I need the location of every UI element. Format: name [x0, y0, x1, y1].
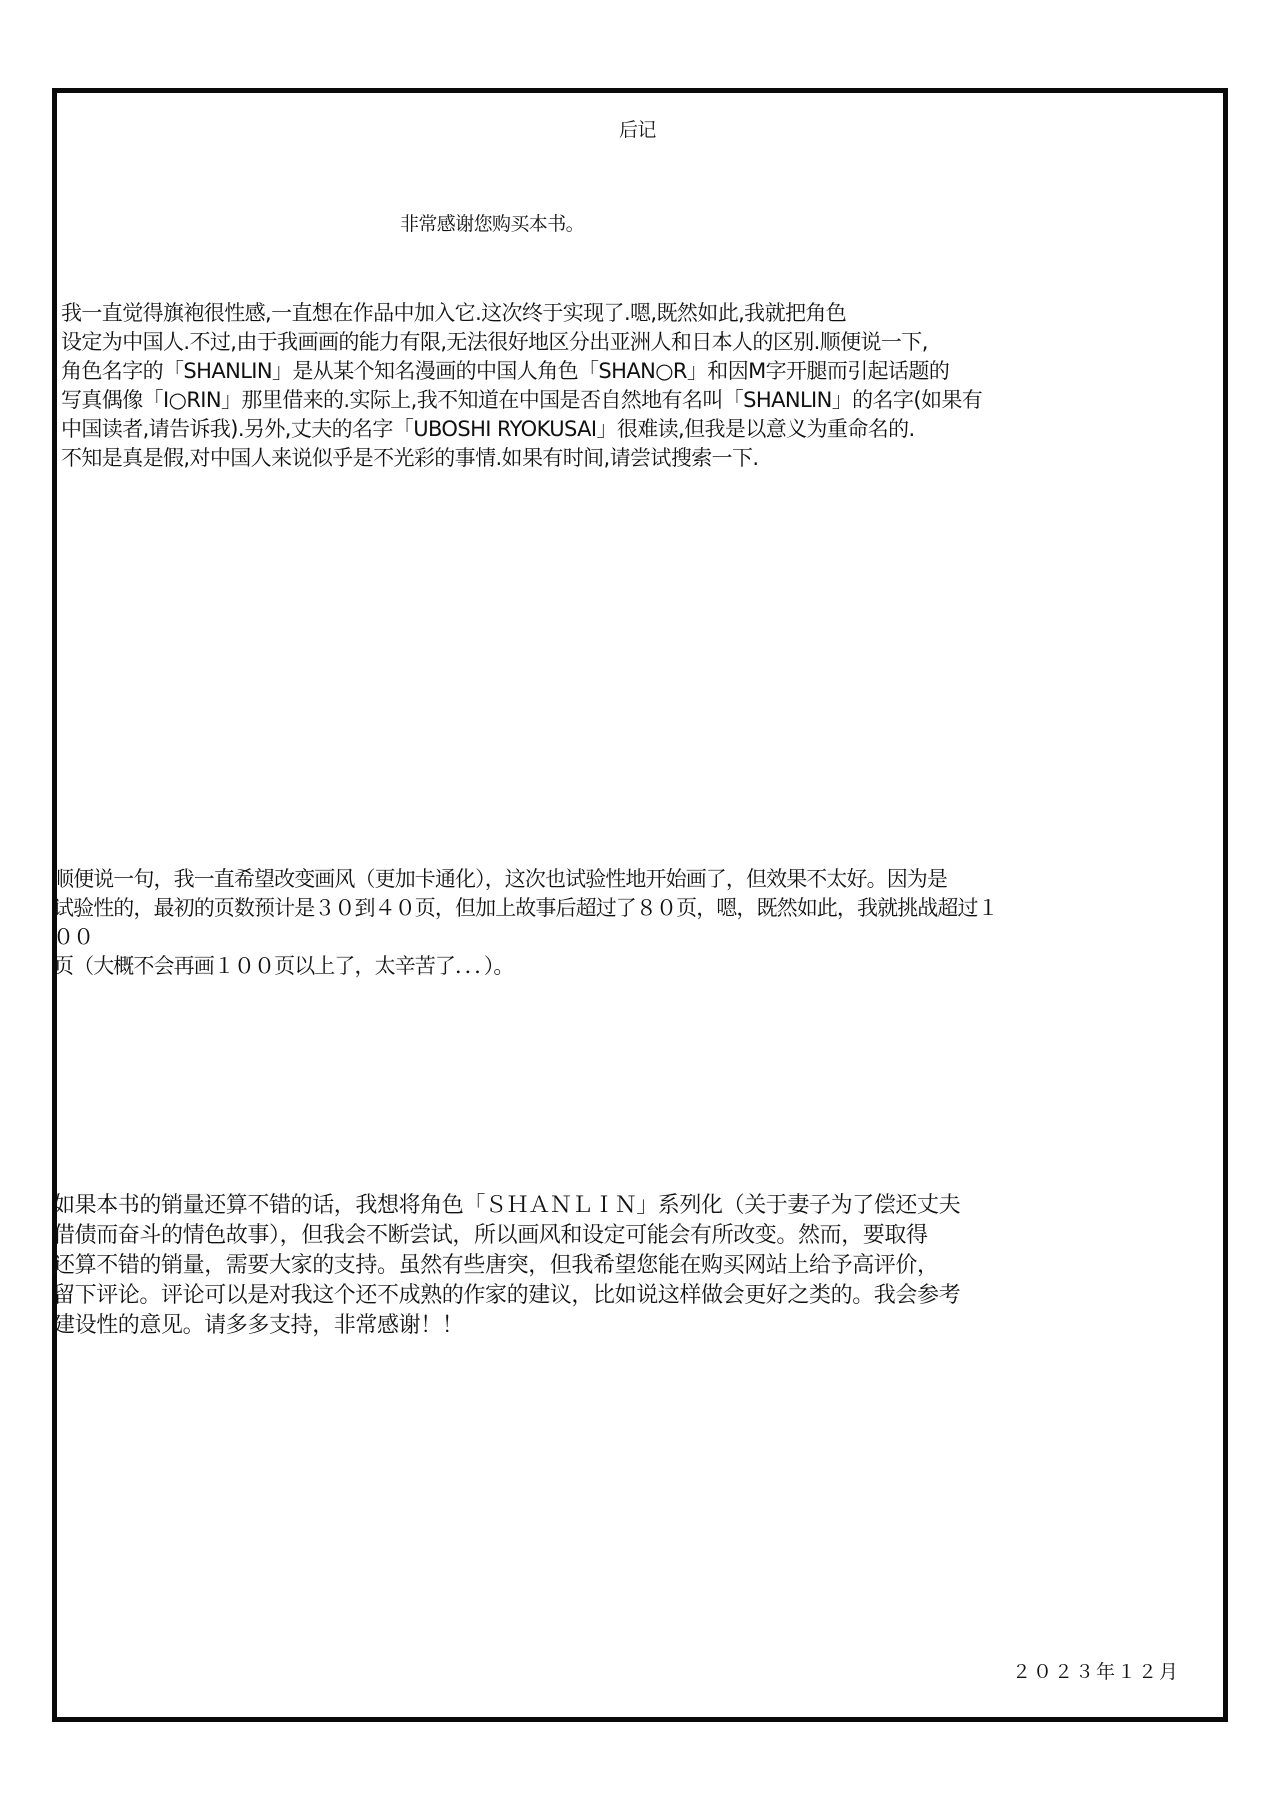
paragraph-line: 我一直觉得旗袍很性感,一直想在作品中加入它.这次终于实现了.嗯,既然如此,我就把… — [61, 299, 982, 328]
paragraph-line: 页（大概不会再画１００页以上了，太辛苦了．．．）。 — [53, 952, 998, 981]
date-signature: ２０２３年１２月 — [1012, 1658, 1180, 1687]
paragraph-line: 角色名字的「SHANLIN」是从某个知名漫画的中国人角色「SHAN○R」和因M字… — [61, 357, 982, 386]
paragraph-line: 留下评论。评论可以是对我这个还不成熟的作家的建议，比如说这样做会更好之类的。我会… — [53, 1281, 960, 1311]
paragraph-line: 不知是真是假,对中国人来说似乎是不光彩的事情.如果有时间,请尝试搜索一下. — [61, 444, 982, 473]
paragraph-series-request: 如果本书的销量还算不错的话，我想将角色「ＳＨＡＮＬＩＮ」系列化（关于妻子为了偿还… — [53, 1191, 960, 1341]
paragraph-line: 借债而奋斗的情色故事），但我会不断尝试，所以画风和设定可能会有所改变。然而，要取… — [53, 1221, 960, 1251]
paragraph-line: 还算不错的销量，需要大家的支持。虽然有些唐突，但我希望您能在购买网站上给予高评价… — [53, 1251, 960, 1281]
paragraph-line: 写真偶像「I○RIN」那里借来的.实际上,我不知道在中国是否自然地有名叫「SHA… — [61, 386, 982, 415]
paragraph-line: 中国读者,请告诉我).另外,丈夫的名字「UBOSHI RYOKUSAI」很难读,… — [61, 415, 982, 444]
paragraph-qipao-character: 我一直觉得旗袍很性感,一直想在作品中加入它.这次终于实现了.嗯,既然如此,我就把… — [61, 299, 982, 473]
paragraph-line: 如果本书的销量还算不错的话，我想将角色「ＳＨＡＮＬＩＮ」系列化（关于妻子为了偿还… — [53, 1191, 960, 1221]
paragraph-line: ００ — [53, 923, 998, 952]
paragraph-line: 顺便说一句，我一直希望改变画风（更加卡通化），这次也试验性地开始画了，但效果不太… — [53, 865, 998, 894]
paragraph-art-style: 顺便说一句，我一直希望改变画风（更加卡通化），这次也试验性地开始画了，但效果不太… — [53, 865, 998, 981]
thanks-line: 非常感谢您购买本书。 — [400, 210, 584, 239]
afterword-title: 后记 — [619, 116, 656, 145]
paragraph-line: 试验性的，最初的页数预计是３０到４０页，但加上故事后超过了８０页，嗯，既然如此，… — [53, 894, 998, 923]
paragraph-line: 设定为中国人.不过,由于我画画的能力有限,无法很好地区分出亚洲人和日本人的区别.… — [61, 328, 982, 357]
paragraph-line: 建设性的意见。请多多支持，非常感谢！！ — [53, 1311, 960, 1341]
